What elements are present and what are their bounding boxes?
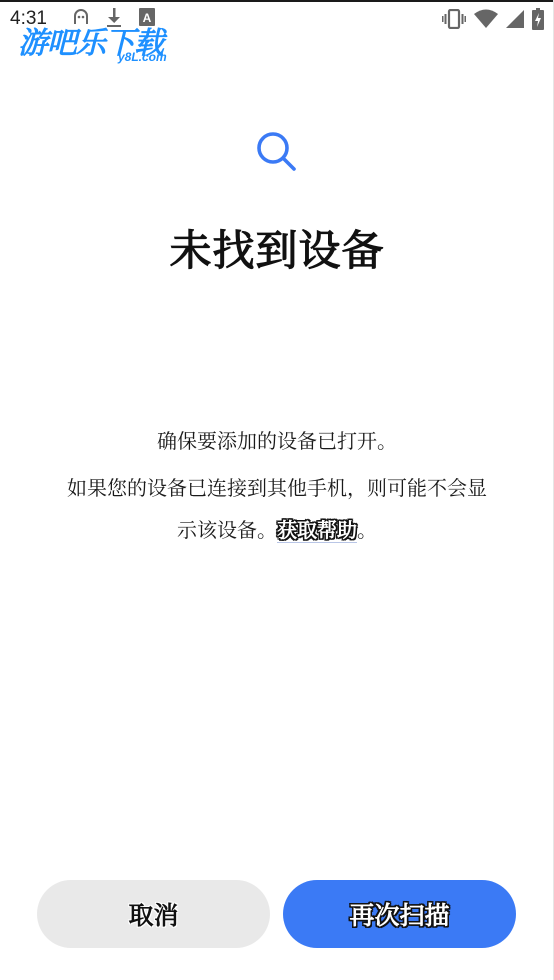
description-line-2: 如果您的设备已连接到其他手机，则可能不会显 <box>40 473 514 503</box>
search-icon <box>254 129 300 175</box>
vibrate-icon <box>442 9 466 33</box>
description-line-3: 示该设备。获取帮助。 <box>40 515 514 545</box>
rescan-button[interactable]: 再次扫描 <box>283 880 516 948</box>
wifi-icon <box>474 9 498 33</box>
watermark-subtitle: y8L.com <box>118 50 167 64</box>
get-help-link[interactable]: 获取帮助 <box>277 518 357 543</box>
watermark-logo: 游吧乐下载 y8L.com <box>18 18 188 66</box>
cancel-button[interactable]: 取消 <box>37 880 270 948</box>
battery-charging-icon <box>532 8 544 34</box>
description-line-3-suffix: 。 <box>357 518 377 542</box>
description-line-3-text: 示该设备。 <box>177 518 277 542</box>
system-icons <box>442 8 544 34</box>
signal-icon <box>506 10 524 32</box>
page-title: 未找到设备 <box>0 218 554 278</box>
description-line-1: 确保要添加的设备已打开。 <box>40 426 514 456</box>
